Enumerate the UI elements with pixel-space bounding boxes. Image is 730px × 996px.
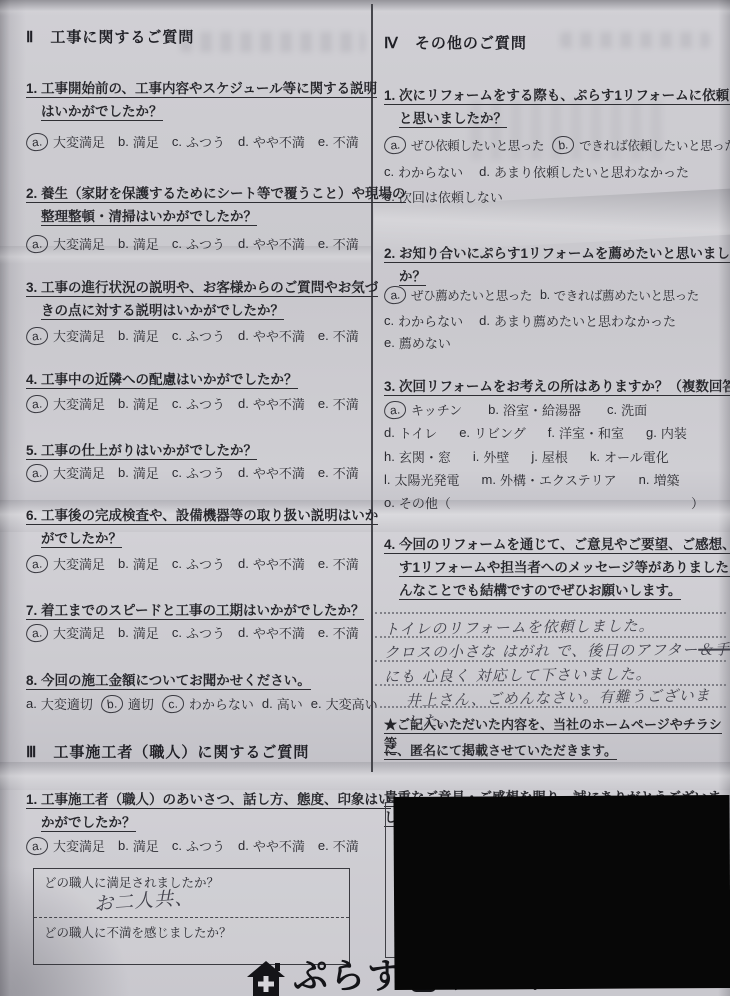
handwritten-answer: お二人共、 xyxy=(93,883,195,917)
option-e: e.不満 xyxy=(318,394,359,413)
option-c: c.洗面 xyxy=(607,400,647,419)
option-f: f.洋室・和室 xyxy=(548,423,624,442)
answers-iv-3-row4: l.太陽光発電 m.外構・エクステリア n.増築 xyxy=(384,470,724,489)
option-e: e.大変高い xyxy=(311,694,378,713)
question-iv-3: 3. 次回リフォームをお考えの所はありますか？（複数回答可） xyxy=(384,375,724,398)
circled-answer: a. xyxy=(25,622,49,642)
option-d: d.やや不満 xyxy=(238,234,305,253)
crossed-out-text: ＆手直し xyxy=(698,640,730,659)
redaction-box xyxy=(393,795,730,990)
option-n: n.増築 xyxy=(639,470,680,489)
option-c: c.ふつう xyxy=(172,554,225,573)
section-iii-title: Ⅲ 工事施工者（職人）に関するご質問 xyxy=(26,741,368,762)
handwritten-comment-line2: クロスの小さな はがれ で、後日のアフター＆手直し xyxy=(384,639,724,663)
option-e: e.不満 xyxy=(318,326,359,345)
handwritten-comment-line3: にも 心良く 対応して下さいました。 xyxy=(384,662,724,687)
column-left: Ⅱ 工事に関するご質問 1. 工事開始前の、工事内容やスケジュール等に関する説明… xyxy=(26,20,368,980)
circled-answer: a. xyxy=(383,285,407,305)
section-iv-title: Ⅳ その他のご質問 xyxy=(384,32,724,53)
question-ii-4: 4. 工事中の近隣への配慮はいかがでしたか？ xyxy=(26,368,368,391)
option-k: k.オール電化 xyxy=(590,447,669,466)
option-e: e.不満 xyxy=(318,234,359,253)
option-d: d.やや不満 xyxy=(238,554,305,573)
option-a: a.ぜひ依頼したいと思った xyxy=(384,136,544,154)
option-b: b.適切 xyxy=(101,694,154,713)
option-a: a.大変満足 xyxy=(26,394,105,413)
option-e: e.不満 xyxy=(318,836,359,855)
answers-ii-5: a.大変満足 b.満足 c.ふつう d.やや不満 e.不満 xyxy=(26,463,368,482)
option-c: c.わからない xyxy=(384,311,463,330)
answers-iv-3-row5: o.その他（ ） xyxy=(384,493,704,512)
answers-ii-2: a.大変満足 b.満足 c.ふつう d.やや不満 e.不満 xyxy=(26,234,368,253)
option-c: c.ふつう xyxy=(172,326,225,345)
dashed-divider xyxy=(34,917,349,918)
circled-answer: a. xyxy=(25,835,49,855)
option-c: c.ふつう xyxy=(172,836,225,855)
option-a: a.大変適切 xyxy=(26,694,93,713)
answers-ii-7: a.大変満足 b.満足 c.ふつう d.やや不満 e.不満 xyxy=(26,623,368,642)
question-iv-2: 2. お知り合いにぷらす1リフォームを薦めたいと思いました か？ xyxy=(384,242,724,288)
answers-iv-2-row2: c.わからない d.あまり薦めたいと思わなかった xyxy=(384,311,724,330)
option-c: c.ふつう xyxy=(172,463,225,482)
option-a: a.大変満足 xyxy=(26,326,105,345)
option-b: b.満足 xyxy=(118,394,159,413)
circled-answer: a. xyxy=(25,393,49,413)
option-e: e.不満 xyxy=(318,132,359,151)
circled-answer: a. xyxy=(25,553,49,573)
circled-answer: a. xyxy=(383,399,407,419)
answers-ii-3: a.大変満足 b.満足 c.ふつう d.やや不満 e.不満 xyxy=(26,326,368,345)
option-a: a.キッチン xyxy=(384,400,462,419)
column-divider xyxy=(371,4,373,772)
logo-text-purasu: ぷらす xyxy=(293,958,404,996)
option-g: g.内装 xyxy=(646,423,687,442)
question-iv-4: 4. 今回のリフォームを通じて、ご意見やご要望、ご感想、ぷら す1リフォームや担… xyxy=(384,533,724,602)
answers-iv-3-row3: h.玄関・窓 i.外壁 j.屋根 k.オール電化 xyxy=(384,447,724,466)
question-ii-2: 2. 養生（家財を保護するためにシート等で覆うこと）や現場の 整理整頓・清掃はい… xyxy=(26,182,368,228)
option-d: d.やや不満 xyxy=(238,394,305,413)
question-ii-8: 8. 今回の施工金額についてお聞かせください。 xyxy=(26,669,368,692)
option-e: e.不満 xyxy=(318,554,359,573)
option-c: c.ふつう xyxy=(172,623,225,642)
house-icon xyxy=(246,960,286,996)
publish-note-line2: に、匿名にて掲載させていただきます。 xyxy=(384,740,724,759)
circled-answer: a. xyxy=(25,131,49,151)
answers-iv-2-row3: e.薦めない xyxy=(384,333,724,352)
question-iv-1: 1. 次にリフォームをする際も、ぷらす1リフォームに依頼したい と思いましたか？ xyxy=(384,84,724,130)
option-d: d.やや不満 xyxy=(238,326,305,345)
section-ii-title: Ⅱ 工事に関するご質問 xyxy=(26,26,368,47)
option-d: d.あまり依頼したいと思わなかった xyxy=(479,162,689,181)
option-c: c.ふつう xyxy=(172,394,225,413)
option-l: l.太陽光発電 xyxy=(384,470,460,489)
answers-ii-4: a.大変満足 b.満足 c.ふつう d.やや不満 e.不満 xyxy=(26,394,368,413)
option-b: b.浴室・給湯器 xyxy=(488,400,581,419)
prompt-dissatisfied: どの職人に不満を感じましたか？ xyxy=(44,923,232,941)
craftsman-feedback-box: どの職人に満足されましたか？ お二人共、 どの職人に不満を感じましたか？ xyxy=(33,868,350,965)
circled-answer: c. xyxy=(161,693,185,713)
option-e: e.不満 xyxy=(318,463,359,482)
option-d: d.あまり薦めたいと思わなかった xyxy=(479,311,676,330)
answers-ii-8: a.大変適切 b.適切 c.わからない d.高い e.大変高い xyxy=(26,694,368,713)
question-ii-7: 7. 着工までのスピードと工事の工期はいかがでしたか？ xyxy=(26,599,368,622)
answers-iv-1-row1: a.ぜひ依頼したいと思った b.できれば依頼したいと思った xyxy=(384,136,724,154)
option-e: e.薦めない xyxy=(384,333,451,352)
circled-answer: a. xyxy=(383,135,407,155)
option-e: e.次回は依頼しない xyxy=(384,187,503,206)
question-iii-1: 1. 工事施工者（職人）のあいさつ、話し方、態度、印象はい かがでしたか？ xyxy=(26,788,368,834)
option-b: b.満足 xyxy=(118,132,159,151)
option-c: c.わからない xyxy=(162,694,254,713)
option-o: o.その他（ xyxy=(384,493,451,512)
circled-answer: b. xyxy=(551,135,575,155)
option-i: i.外壁 xyxy=(473,447,510,466)
circled-answer: a. xyxy=(25,233,49,253)
option-a: a.大変満足 xyxy=(26,463,105,482)
question-ii-1: 1. 工事開始前の、工事内容やスケジュール等に関する説明 はいかがでしたか？ xyxy=(26,77,368,123)
answers-iii-1: a.大変満足 b.満足 c.ふつう d.やや不満 e.不満 xyxy=(26,836,368,855)
answers-iv-2-row1: a.ぜひ薦めたいと思った b.できれば薦めたいと思った xyxy=(384,286,724,304)
question-ii-3: 3. 工事の進行状況の説明や、お客様からのご質問やお気づ きの点に対する説明はい… xyxy=(26,276,368,322)
answers-ii-1: a.大変満足 b.満足 c.ふつう d.やや不満 e.不満 xyxy=(26,132,368,151)
close-paren: ） xyxy=(691,493,704,512)
circled-answer: b. xyxy=(100,693,124,713)
option-e: e.リビング xyxy=(459,423,526,442)
option-c: c.ふつう xyxy=(172,132,225,151)
circled-answer: a. xyxy=(25,462,49,482)
option-c: c.ふつう xyxy=(172,234,225,253)
option-b: b.満足 xyxy=(118,234,159,253)
option-b: b.できれば依頼したいと思った xyxy=(552,136,730,154)
option-a: a.ぜひ薦めたいと思った xyxy=(384,286,532,304)
option-a: a.大変満足 xyxy=(26,132,105,151)
option-d: d.やや不満 xyxy=(238,623,305,642)
question-ii-6: 6. 工事後の完成検査や、設備機器等の取り扱い説明はいか がでしたか？ xyxy=(26,504,368,550)
option-a: a.大変満足 xyxy=(26,554,105,573)
option-a: a.大変満足 xyxy=(26,234,105,253)
option-d: d.やや不満 xyxy=(238,463,305,482)
option-a: a.大変満足 xyxy=(26,623,105,642)
option-d: d.トイレ xyxy=(384,423,437,442)
question-ii-5: 5. 工事の仕上がりはいかがでしたか？ xyxy=(26,439,368,462)
option-b: b.できれば薦めたいと思った xyxy=(540,286,699,304)
option-c: c.わからない xyxy=(384,162,463,181)
option-e: e.不満 xyxy=(318,623,359,642)
option-b: b.満足 xyxy=(118,623,159,642)
option-b: b.満足 xyxy=(118,836,159,855)
option-d: d.やや不満 xyxy=(238,132,305,151)
survey-photo: { "s2": { "title": "Ⅱ 工事に関するご質問", "quest… xyxy=(0,0,730,996)
option-b: b.満足 xyxy=(118,554,159,573)
circled-answer: a. xyxy=(25,325,49,345)
option-h: h.玄関・窓 xyxy=(384,447,451,466)
option-b: b.満足 xyxy=(118,326,159,345)
option-m: m.外構・エクステリア xyxy=(482,470,617,489)
answers-iv-3-row1: a.キッチン b.浴室・給湯器 c.洗面 xyxy=(384,400,724,419)
option-b: b.満足 xyxy=(118,463,159,482)
answers-ii-6: a.大変満足 b.満足 c.ふつう d.やや不満 e.不満 xyxy=(26,554,368,573)
answers-iv-1-row2: c.わからない d.あまり依頼したいと思わなかった xyxy=(384,162,724,181)
answers-iv-1-row3: e.次回は依頼しない xyxy=(384,187,724,206)
option-d: d.高い xyxy=(262,694,303,713)
option-d: d.やや不満 xyxy=(238,836,305,855)
answers-iv-3-row2: d.トイレ e.リビング f.洋室・和室 g.内装 xyxy=(384,423,724,442)
option-a: a.大変満足 xyxy=(26,836,105,855)
option-j: j.屋根 xyxy=(531,447,568,466)
